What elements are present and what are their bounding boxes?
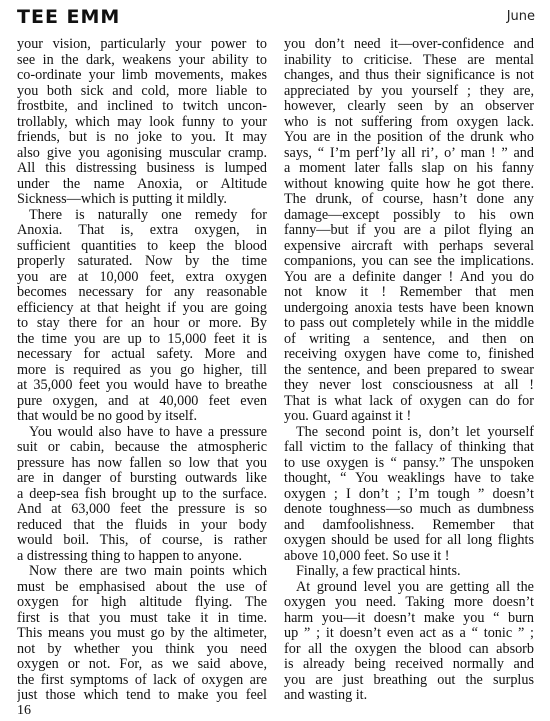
text-line: you are just breathing out the surplus [284, 673, 534, 689]
text-line: a deep-sea fish brought up to the surfac… [17, 487, 267, 503]
text-line: sufficient quantities to keep the blood [17, 239, 267, 255]
text-line: frostbite, and inclined to twitch uncon- [17, 99, 267, 115]
text-line: You would also have to have a pressure [17, 425, 267, 441]
text-line: to use oxygen is “ pansy.” The unspoken [284, 456, 534, 472]
text-line: not know it ! Remember that men [284, 285, 534, 301]
text-line: undergoing anoxia tests have been known [284, 301, 534, 317]
text-line: the first symptoms of lack of oxygen are [17, 673, 267, 689]
text-line: co-ordinate your limb movements, makes [17, 68, 267, 84]
text-line: oxygen you need. Taking more doesn’t [284, 595, 534, 611]
text-line: Anoxia. That is, extra oxygen, in [17, 223, 267, 239]
text-line: All this distressing business is lumped [17, 161, 267, 177]
text-line: damage—except possibly to his own [284, 208, 534, 224]
text-line: Now there are two main points which [17, 564, 267, 580]
text-line: Finally, a few practical hints. [284, 564, 534, 580]
text-line: The drunk, of course, hasn’t done any [284, 192, 534, 208]
text-line: fanny—but if you are a pilot flying an [284, 223, 534, 239]
text-line: pure oxygen, and at 40,000 feet even [17, 394, 267, 410]
text-line: a moment later falls slap on his fanny [284, 161, 534, 177]
text-line: must be emphasised about the use of [17, 580, 267, 596]
text-line: you don’t need it—over-confidence and [284, 37, 534, 53]
text-line: and wasting it. [284, 688, 534, 704]
text-line: you. Guard against it ! [284, 409, 534, 425]
text-line: efficiency at that height if you are goi… [17, 301, 267, 317]
text-line: becomes necessary for any reasonable [17, 285, 267, 301]
text-line: without knowing quite how he got there. [284, 177, 534, 193]
text-line: also give you agonising muscular cramp. [17, 146, 267, 162]
text-line: inability to criticise. These are mental [284, 53, 534, 69]
text-line: trollably, which may look funny to your [17, 115, 267, 131]
text-line: at 35,000 feet you would have to breathe [17, 378, 267, 394]
text-line: the time you are up to 15,000 feet it is [17, 332, 267, 348]
text-line: is already being received normally and [284, 657, 534, 673]
text-line: and damfoolishness. Remember that [284, 518, 534, 534]
text-line: that would be no good by itself. [17, 409, 267, 425]
text-line: of writing a sentence, and then on [284, 332, 534, 348]
text-line: oxygen should be used for all long fligh… [284, 533, 534, 549]
text-line: a distressing thing to happen to anyone. [17, 549, 267, 565]
text-line: denote toughness—so much as dumbness [284, 502, 534, 518]
text-line: who is not suffering from oxygen lack. [284, 115, 534, 131]
text-line: companions, you can see the implications… [284, 254, 534, 270]
text-line: up ” ; it doesn’t even act as a “ tonic … [284, 626, 534, 642]
text-line: to stay there for an hour or more. By [17, 316, 267, 332]
text-line: more is required as you go higher, till [17, 363, 267, 379]
text-line: At ground level you are getting all the [284, 580, 534, 596]
text-line: says, “ I’m perf’ly all ri’, o’ man ! ” … [284, 146, 534, 162]
text-line: This means you must go by the altimeter, [17, 626, 267, 642]
text-line: are in danger of bursting outwards like [17, 471, 267, 487]
text-line: harm you—it doesn’t make you “ burn [284, 611, 534, 627]
text-line: There is naturally one remedy for [17, 208, 267, 224]
text-line: friends, but is no joke to you. It may [17, 130, 267, 146]
text-line: reduced that the fluids in your body [17, 518, 267, 534]
text-line: however, clearly seen by an observer [284, 99, 534, 115]
text-line: oxygen or not. For, as we said above, [17, 657, 267, 673]
text-line: to pass out completely while in the midd… [284, 316, 534, 332]
text-line: first is that you must take it in time. [17, 611, 267, 627]
text-line: receiving oxygen have come to, finished [284, 347, 534, 363]
text-line: You are a definite danger ! And you do [284, 270, 534, 286]
text-line: fall victim to the fallacy of thinking t… [284, 440, 534, 456]
running-title: TEE EMM [17, 6, 120, 28]
text-line: Sickness—which is putting it mildly. [17, 192, 267, 208]
text-line: changes, and thus their significance is … [284, 68, 534, 84]
text-line: you are at 10,000 feet, extra oxygen [17, 270, 267, 286]
text-line: suit or cabin, because the atmospheric [17, 440, 267, 456]
page-number: 16 [17, 703, 31, 719]
text-line: And at 63,000 feet the pressure is so [17, 502, 267, 518]
text-line: you both sick and cold, more liable to [17, 84, 267, 100]
text-line: expensive aircraft with perhaps several [284, 239, 534, 255]
left-column: your vision, particularly your power tos… [17, 37, 267, 704]
right-column: you don’t need it—over-confidence andina… [284, 37, 534, 704]
text-line: You are in the position of the drunk who [284, 130, 534, 146]
text-line: oxygen ; I don’t ; I’m tough ” doesn’t [284, 487, 534, 503]
text-line: the sentence, and been prepared to swear [284, 363, 534, 379]
text-line: for all the oxygen the blood can absorb [284, 642, 534, 658]
text-line: under the name Anoxia, or Altitude [17, 177, 267, 193]
text-line: they never lost consciousness at all ! [284, 378, 534, 394]
text-line: above 10,000 feet. So use it ! [284, 549, 534, 565]
text-line: see in the dark, weakens your ability to [17, 53, 267, 69]
text-line: pressure has now fallen so low that you [17, 456, 267, 472]
text-line: necessary for actual safety. More and [17, 347, 267, 363]
text-line: oxygen for high altitude flying. The [17, 595, 267, 611]
magazine-page: TEE EMM June your vision, particularly y… [0, 0, 550, 721]
text-line: thought, “ You weaklings have to take [284, 471, 534, 487]
text-line: would boil. This, of course, is rather [17, 533, 267, 549]
running-month: June [507, 9, 535, 24]
text-line: just those which tend to make you feel [17, 688, 267, 704]
text-line: appreciated by you yourself ; they are, [284, 84, 534, 100]
text-line: That is what lack of oxygen can do for [284, 394, 534, 410]
text-line: your vision, particularly your power to [17, 37, 267, 53]
text-line: properly saturated. Now by the time [17, 254, 267, 270]
text-line: not by whether you think you need [17, 642, 267, 658]
text-line: The second point is, don’t let yourself [284, 425, 534, 441]
